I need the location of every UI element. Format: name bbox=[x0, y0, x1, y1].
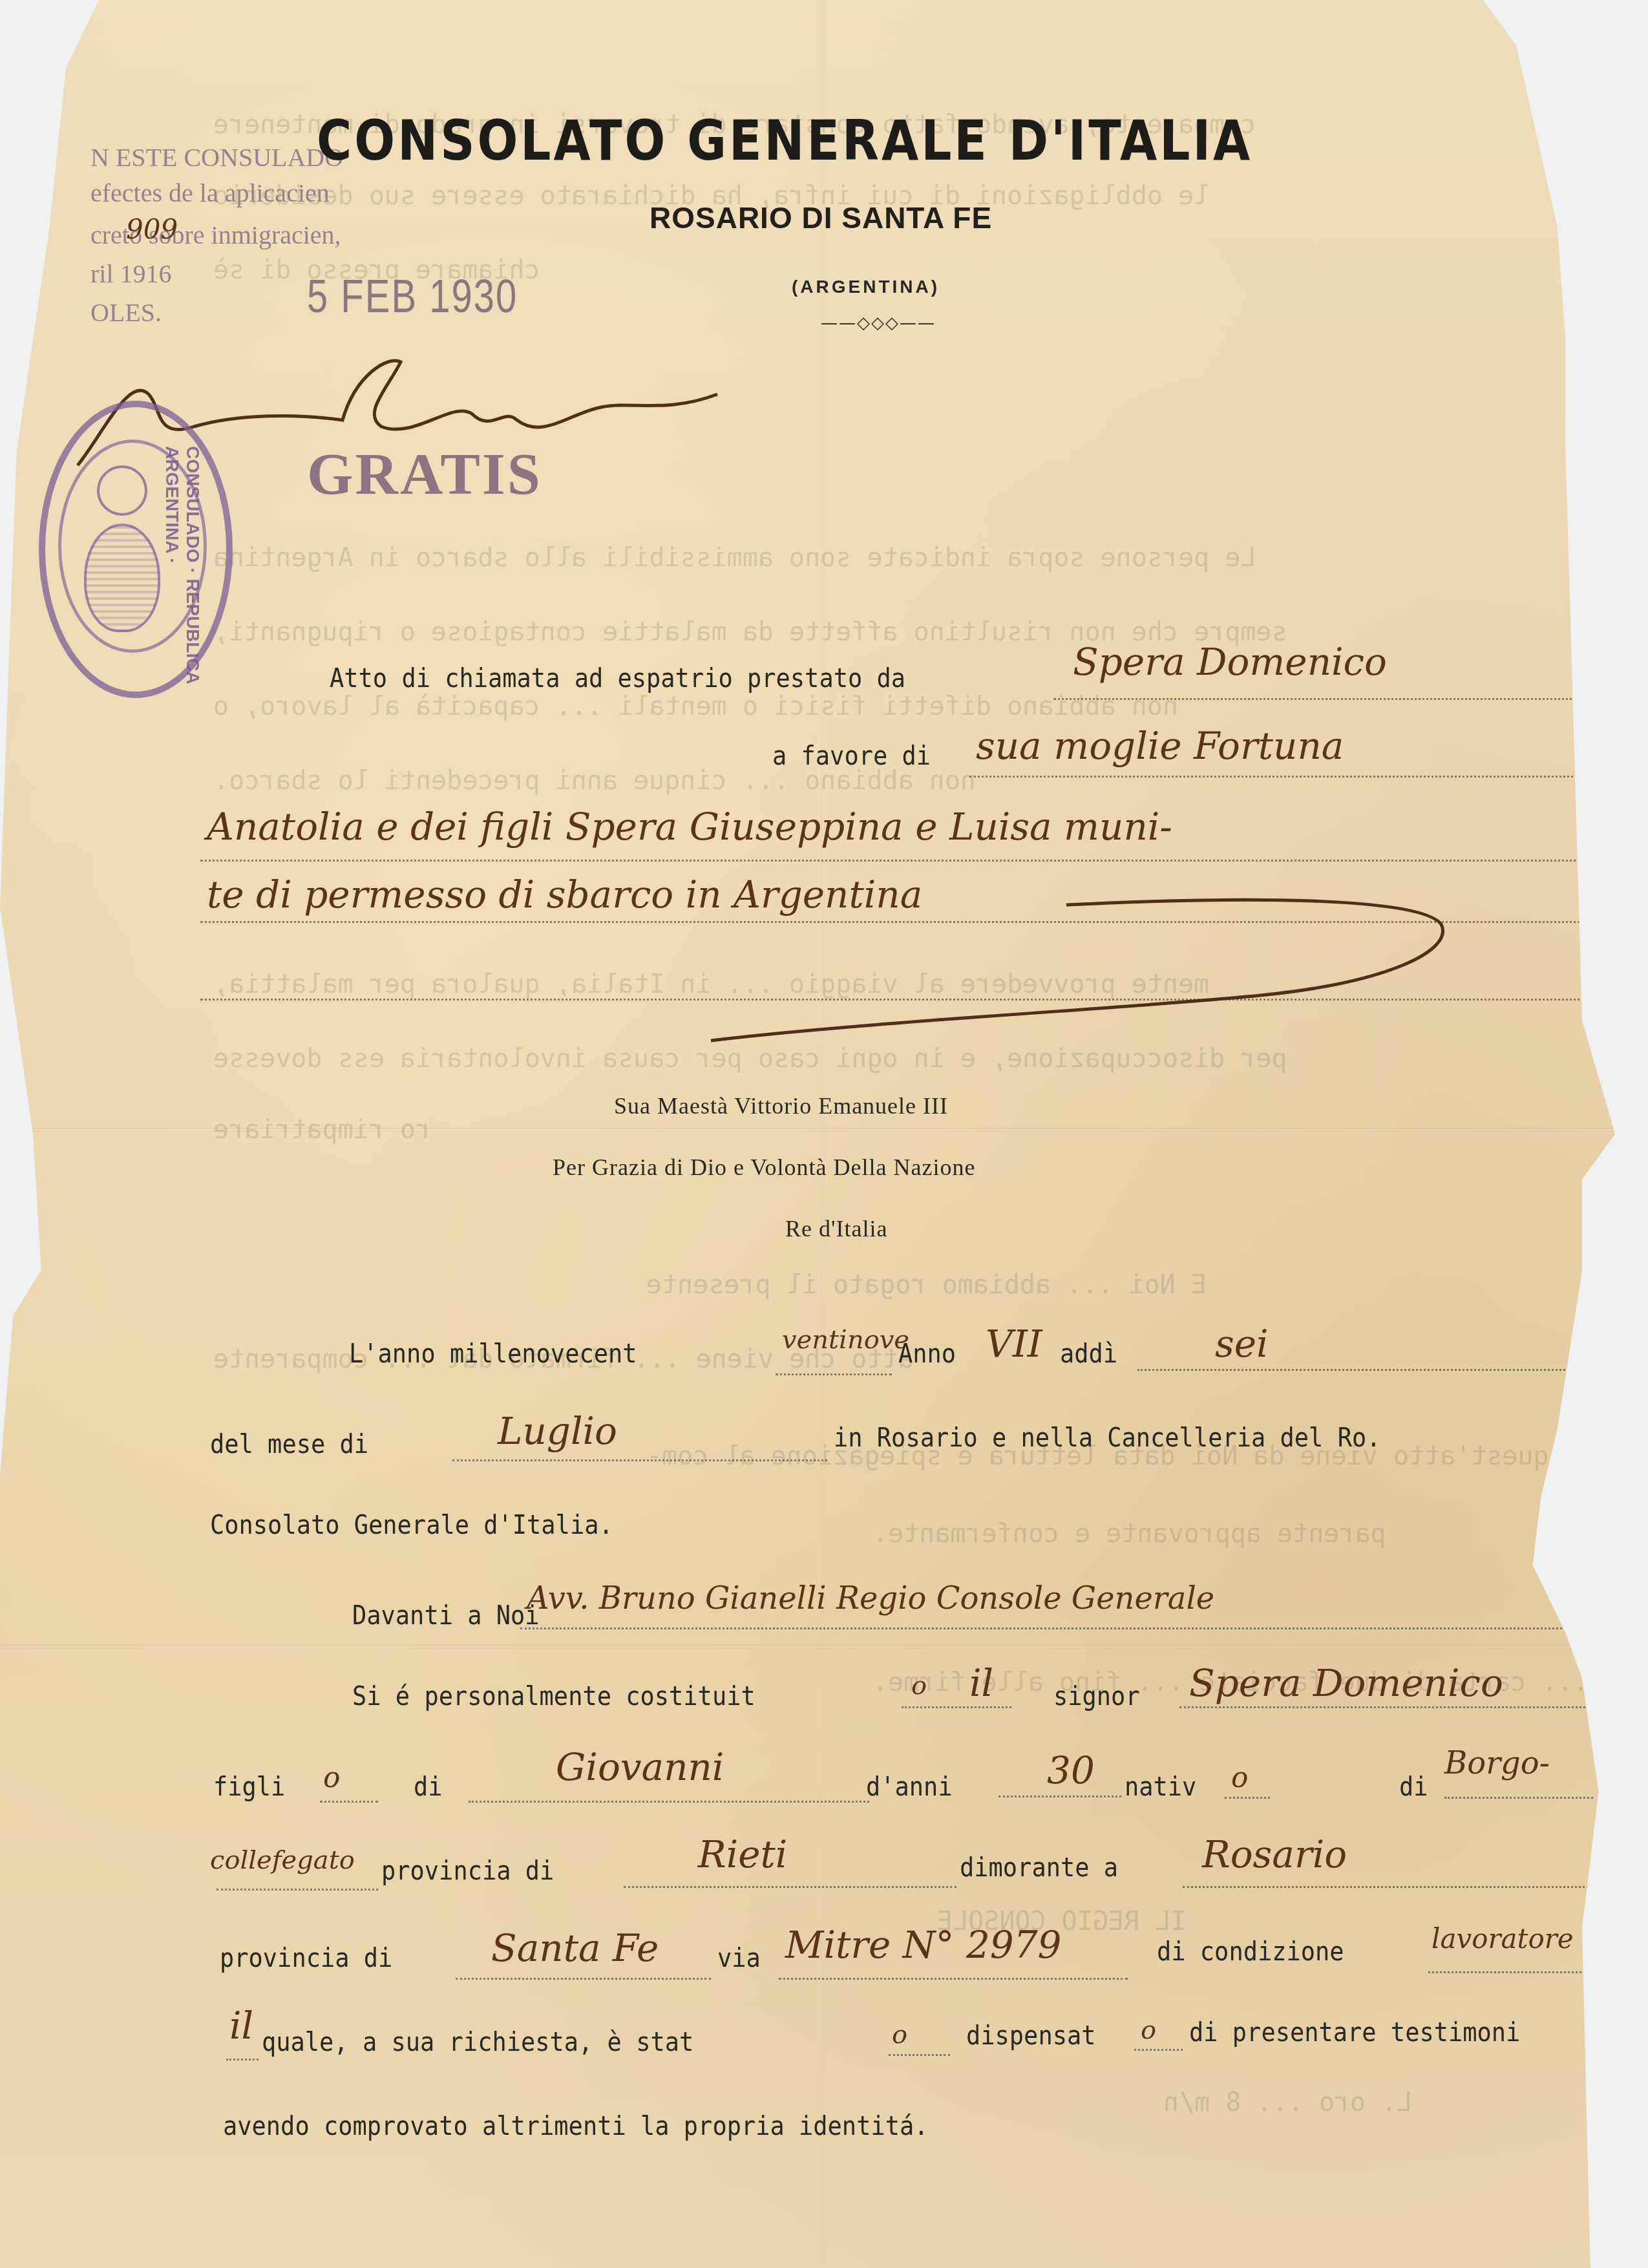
bleedthrough-line: non abbiano difetti fisici o mentali ...… bbox=[213, 692, 1178, 721]
royal-title-line: Re d'Italia bbox=[785, 1215, 887, 1242]
bleedthrough-line: Le persone sopra indicate sono ammissibi… bbox=[213, 543, 1256, 573]
royal-title-line: Sua Maestà Vittorio Emanuele III bbox=[614, 1092, 948, 1119]
fill-line bbox=[452, 1459, 827, 1461]
ornament-divider: ——◇◇◇—— bbox=[821, 313, 936, 333]
official-name-value: Avv. Bruno Gianelli Regio Console Genera… bbox=[527, 1580, 1214, 1616]
fill-line bbox=[624, 1886, 956, 1888]
province-label: provincia di bbox=[381, 1855, 554, 1886]
native-label: nativ bbox=[1125, 1771, 1196, 1802]
month-value: Luglio bbox=[498, 1409, 617, 1453]
argentine-stamp-line: ril 1916 bbox=[90, 259, 172, 289]
signor-label: signor bbox=[1053, 1680, 1140, 1712]
letterhead-country: (ARGENTINA) bbox=[792, 277, 940, 297]
son-label: figli bbox=[213, 1771, 285, 1802]
fill-line bbox=[520, 1627, 1593, 1629]
age-value: 30 bbox=[1047, 1748, 1095, 1792]
royal-title-line: Per Grazia di Dio e Volontà Della Nazion… bbox=[553, 1154, 975, 1181]
closing-flourish bbox=[679, 892, 1519, 1054]
residing-value: Rosario bbox=[1202, 1832, 1347, 1876]
birthplace-value-2: collefegato bbox=[210, 1845, 355, 1875]
before-label: Davanti a Noi bbox=[352, 1600, 540, 1631]
fill-line bbox=[779, 1978, 1128, 1980]
fill-line bbox=[469, 1801, 869, 1803]
which-text-3: di presentare testimoni bbox=[1189, 2017, 1520, 2048]
fill-line bbox=[456, 1978, 711, 1980]
fill-line bbox=[1053, 698, 1596, 700]
act-label: Atto di chiamata ad espatrio prestato da bbox=[330, 662, 905, 694]
anno-label: Anno bbox=[898, 1338, 956, 1369]
month-label: del mese di bbox=[210, 1428, 368, 1459]
bleedthrough-line: ro rimpatriare bbox=[213, 1115, 431, 1145]
date-stamp: 5 FEB 1930 bbox=[307, 270, 518, 324]
fill-line bbox=[969, 776, 1596, 778]
argentine-stamp-line: N ESTE CONSULADO bbox=[90, 142, 343, 173]
father-value: Giovanni bbox=[556, 1745, 724, 1789]
argentine-consulate-seal: CONSULADO · REPUBLICA ARGENTINA · bbox=[39, 401, 233, 698]
residing-label: dimorante a bbox=[960, 1852, 1118, 1883]
constituted-article: il bbox=[969, 1661, 993, 1705]
fill-line bbox=[1179, 1706, 1593, 1708]
bleedthrough-line: E Noi ... abbiamo rogato il presente bbox=[646, 1270, 1207, 1300]
son-suffix: o bbox=[323, 1761, 341, 1794]
in-favor-value: sua moglie Fortuna bbox=[976, 724, 1344, 768]
which-text-1: quale, a sua richiesta, è stat bbox=[262, 2026, 693, 2057]
handwritten-reference-number: 909 bbox=[126, 213, 178, 245]
coat-of-arms-icon bbox=[84, 524, 160, 632]
fill-line bbox=[1183, 1886, 1593, 1888]
native-suffix: o bbox=[1231, 1761, 1249, 1794]
province-value: Rieti bbox=[698, 1832, 787, 1876]
fill-line bbox=[1134, 2049, 1183, 2051]
street-value: Mitre N° 2979 bbox=[785, 1923, 1062, 1967]
final-text: avendo comprovato altrimenti la propria … bbox=[223, 2110, 929, 2141]
native-of-label: di bbox=[1399, 1771, 1428, 1802]
fill-line bbox=[1225, 1797, 1270, 1799]
bleedthrough-line: parente approvante e confermante. bbox=[872, 1519, 1386, 1549]
consulate-text: Consolato Generale d'Italia. bbox=[210, 1509, 613, 1540]
constituted-label: Si é personalmente costituit bbox=[352, 1680, 755, 1712]
fill-line bbox=[1137, 1369, 1596, 1371]
addi-value: sei bbox=[1215, 1322, 1269, 1366]
age-label: d'anni bbox=[866, 1771, 953, 1802]
seal-text: CONSULADO · REPUBLICA ARGENTINA · bbox=[162, 446, 203, 692]
act-issuer-value: Spera Domenico bbox=[1073, 640, 1387, 684]
beneficiaries-line-1: Anatolia e dei figli Spera Giuseppina e … bbox=[207, 805, 1172, 849]
fill-line bbox=[200, 999, 1596, 1001]
gratis-stamp: GRATIS bbox=[307, 440, 542, 508]
which-prefix: il bbox=[229, 2004, 253, 2048]
addi-label: addì bbox=[1060, 1338, 1117, 1369]
province2-value: Santa Fe bbox=[491, 1926, 659, 1970]
sun-of-may-icon bbox=[97, 465, 147, 516]
document-paper: comparente, avendo fatto constare di tro… bbox=[0, 0, 1648, 2268]
signor-value: Spera Domenico bbox=[1189, 1661, 1503, 1705]
year-value: ventinove bbox=[782, 1325, 909, 1355]
fill-line bbox=[226, 2059, 259, 2061]
of-label: di bbox=[414, 1771, 443, 1802]
birthplace-value-1: Borgo- bbox=[1444, 1745, 1550, 1781]
fill-line bbox=[998, 1796, 1121, 1797]
province2-label: provincia di bbox=[220, 1942, 392, 1973]
fill-line bbox=[1428, 1971, 1593, 1973]
condition-label: di condizione bbox=[1157, 1936, 1344, 1967]
fill-line bbox=[200, 860, 1596, 862]
argentine-stamp-line: efectes de la aplicacien bbox=[90, 178, 330, 208]
letterhead-city: ROSARIO DI SANTA FE bbox=[650, 200, 992, 235]
fill-line bbox=[1444, 1797, 1593, 1799]
fill-line bbox=[776, 1373, 892, 1375]
fill-line bbox=[320, 1801, 378, 1803]
which-text-2: dispensat bbox=[966, 2020, 1095, 2051]
which-suffix-1: o bbox=[892, 2020, 907, 2050]
fill-line bbox=[889, 2054, 950, 2056]
letterhead-title: CONSOLATO GENERALE D'ITALIA bbox=[317, 109, 1252, 173]
year-label: L'anno millenovecent bbox=[349, 1338, 637, 1369]
which-suffix-2: o bbox=[1141, 2015, 1156, 2045]
condition-value: lavoratore bbox=[1431, 1923, 1574, 1955]
fill-line bbox=[902, 1706, 1011, 1708]
place-text: in Rosario e nella Cancelleria del Ro. bbox=[834, 1422, 1380, 1453]
in-favor-label: a favore di bbox=[772, 740, 931, 771]
constituted-suffix: o bbox=[911, 1671, 927, 1701]
street-label: via bbox=[717, 1942, 761, 1973]
fill-line bbox=[217, 1889, 378, 1891]
bleedthrough-line: L. oro ... 8 m/n bbox=[1163, 2088, 1412, 2117]
argentine-stamp-line: OLES. bbox=[90, 297, 162, 328]
anno-value: VII bbox=[986, 1322, 1042, 1366]
